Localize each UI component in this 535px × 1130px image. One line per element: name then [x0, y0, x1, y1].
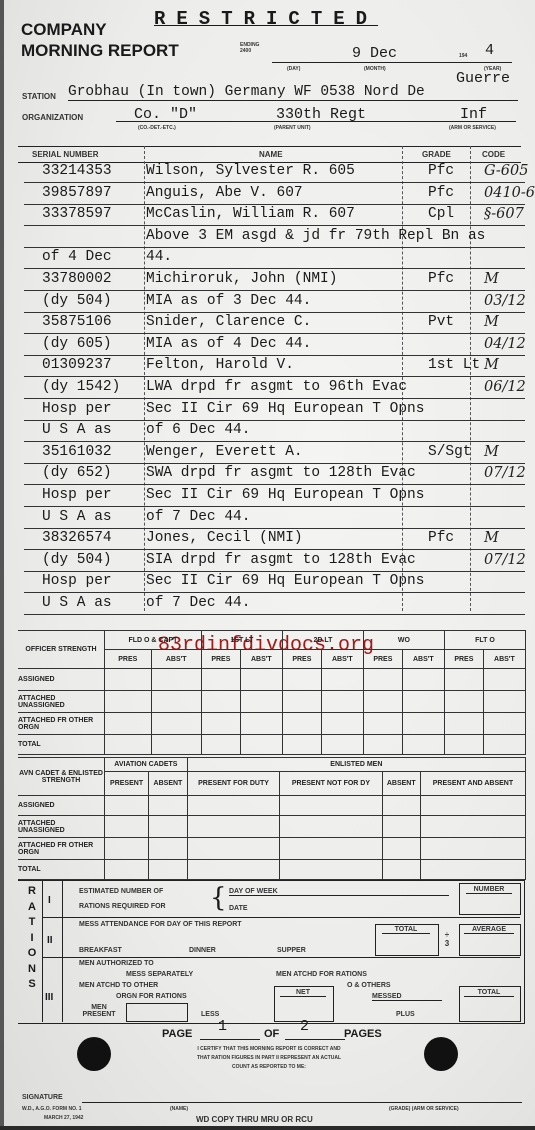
enlisted-count-cell[interactable] [105, 860, 149, 880]
rations-side-label: RATIONS [26, 884, 38, 993]
entry-row: Hosp perSec II Cir 69 Hq European T Opns [24, 401, 525, 421]
entry-code: 0410-607 [484, 185, 535, 201]
sub-abst: ABS'T [151, 650, 201, 669]
column-header-top-rule [18, 146, 521, 147]
day-label: (DAY) [287, 66, 300, 72]
officer-row-label: ASSIGNED [18, 669, 105, 691]
section-iii-number: III [45, 992, 53, 1003]
officer-count-cell[interactable] [201, 669, 240, 691]
date-field-label: DATE [229, 905, 248, 912]
officer-count-cell[interactable] [201, 713, 240, 735]
org-company: Co. "D" [134, 106, 197, 123]
day-of-week-field[interactable]: DAY OF WEEK [229, 888, 449, 896]
name-caption: (NAME) [170, 1106, 188, 1112]
entry-code: M [484, 444, 499, 460]
sub-pres: PRES [105, 650, 152, 669]
mess-separately-label: MESS SEPARATELY [126, 971, 193, 978]
group-1st-lt: 1ST LT [201, 631, 282, 650]
rations-letter: O [26, 946, 38, 962]
rations-letter: A [26, 900, 38, 916]
entry-grade: 1st Lt [428, 357, 480, 373]
entry-text: of 6 Dec 44. [146, 422, 250, 438]
sub-pres: PRES [363, 650, 402, 669]
entry-row: Hosp perSec II Cir 69 Hq European T Opns [24, 487, 525, 507]
enlisted-count-cell[interactable] [280, 796, 382, 816]
entry-grade: Pfc [428, 530, 454, 546]
form-title-line2: MORNING REPORT [21, 41, 179, 61]
entry-text: LWA drpd fr asgmt to 96th Evac [146, 379, 407, 395]
entry-row: (dy 652)SWA drpd fr asgmt to 128th Evac0… [24, 465, 525, 485]
entry-grade: Cpl [428, 206, 454, 222]
entry-serial: of 4 Dec [42, 249, 112, 265]
entry-text: Wenger, Everett A. [146, 444, 303, 460]
sub-pres: PRES [282, 650, 321, 669]
rations-letter: R [26, 884, 38, 900]
entry-code: 07/12 [484, 552, 526, 568]
sub-pres: PRES [201, 650, 240, 669]
dinner-label: DINNER [189, 947, 216, 954]
enlisted-count-cell[interactable] [280, 838, 382, 860]
group-flt-o: FLT O [444, 631, 525, 650]
entry-serial: 01309237 [42, 357, 112, 373]
entry-row: 33780002Michiroruk, John (NMI)PfcM [24, 271, 525, 291]
group-fld-o-capt: FLD O & CAPT [105, 631, 202, 650]
page-number: 1 [218, 1018, 227, 1035]
report-year: 4 [485, 42, 494, 59]
rations-letter: S [26, 977, 38, 993]
enlisted-count-cell[interactable] [280, 816, 382, 838]
enlisted-count-cell[interactable] [420, 816, 525, 838]
entry-row: U S A asof 6 Dec 44. [24, 422, 525, 442]
officer-row-label: ATTACHED FR OTHER ORGN [18, 713, 105, 735]
enlisted-count-cell[interactable] [187, 796, 280, 816]
page-number-line [200, 1030, 260, 1040]
officer-count-cell[interactable] [240, 713, 282, 735]
entry-code: M [484, 530, 499, 546]
group-enlisted-men: ENLISTED MEN [187, 758, 525, 772]
enlisted-count-cell[interactable] [280, 860, 382, 880]
entry-text: MIA as of 4 Dec 44. [146, 336, 311, 352]
enlisted-strength-table: AVN CADET & ENLISTED STRENGTH AVIATION C… [18, 757, 526, 880]
enlisted-count-cell[interactable] [420, 860, 525, 880]
station-value: Grobhau (In town) Germany WF 0538 Nord D… [68, 84, 518, 101]
officer-count-cell[interactable] [240, 669, 282, 691]
entry-code: 07/12 [484, 465, 526, 481]
officer-count-cell[interactable] [444, 691, 483, 713]
officer-count-cell[interactable] [321, 713, 363, 735]
entry-row: U S A asof 7 Dec 44. [24, 509, 525, 529]
officer-count-cell[interactable] [151, 713, 201, 735]
enlisted-subheader: ABSENT [149, 772, 188, 796]
entry-serial: 33378597 [42, 206, 112, 222]
entry-code: M [484, 314, 499, 330]
enlisted-subheader: ABSENT [382, 772, 420, 796]
entry-row: 38326574Jones, Cecil (NMI)PfcM [24, 530, 525, 550]
rations-divider-2 [42, 957, 520, 958]
entry-text: Anguis, Abe V. 607 [146, 185, 303, 201]
men-present-label: MEN PRESENT [79, 1004, 119, 1018]
enlisted-count-cell[interactable] [420, 796, 525, 816]
sub-abst: ABS'T [321, 650, 363, 669]
enlisted-subheader: PRESENT [105, 772, 149, 796]
entry-serial: Hosp per [42, 401, 112, 417]
page-total-line [285, 1030, 345, 1040]
group-wo: WO [363, 631, 444, 650]
enlisted-row-label: ASSIGNED [18, 796, 105, 816]
entry-serial: (dy 605) [42, 336, 112, 352]
entry-serial: Hosp per [42, 487, 112, 503]
enlisted-count-cell[interactable] [382, 838, 420, 860]
certification-line-3: COUNT AS REPORTED TO ME: [144, 1064, 394, 1070]
entry-row: U S A asof 7 Dec 44. [24, 595, 525, 615]
officer-count-cell[interactable] [321, 735, 363, 755]
entry-row: (dy 1542)LWA drpd fr asgmt to 96th Evac0… [24, 379, 525, 399]
enlisted-count-cell[interactable] [382, 816, 420, 838]
certification-line-2: THAT RATION FIGURES IN PART II REPRESENT… [144, 1055, 394, 1061]
officer-count-cell[interactable] [402, 713, 444, 735]
of-label: OF [264, 1028, 279, 1040]
officer-count-cell[interactable] [240, 691, 282, 713]
col-name: NAME [259, 150, 283, 159]
entry-text: Jones, Cecil (NMI) [146, 530, 303, 546]
officer-count-cell[interactable] [444, 713, 483, 735]
officer-count-cell[interactable] [321, 669, 363, 691]
entry-serial: (dy 504) [42, 552, 112, 568]
entry-text: 44. [146, 249, 172, 265]
breakfast-label: BREAKFAST [79, 947, 122, 954]
entry-row: (dy 504)SIA drpd fr asgmt to 128th Evac0… [24, 552, 525, 572]
entry-grade: Pfc [428, 271, 454, 287]
net-label: NET [280, 989, 326, 997]
org-sub-company: (CO.-DET.-ETC.) [138, 125, 176, 131]
station-label: STATION [22, 92, 56, 101]
entry-code: M [484, 357, 499, 373]
enlisted-count-cell[interactable] [105, 796, 149, 816]
col-serial-number: SERIAL NUMBER [32, 150, 99, 159]
total-label: TOTAL [382, 926, 430, 934]
entry-row: 35161032Wenger, Everett A.S/SgtM [24, 444, 525, 464]
entry-text: Felton, Harold V. [146, 357, 294, 373]
entry-grade: Pvt [428, 314, 454, 330]
signature-label: SIGNATURE [22, 1094, 63, 1101]
men-authorized-label: MEN AUTHORIZED TO [79, 960, 154, 967]
officer-row-label: TOTAL [18, 735, 105, 755]
entry-text: Wilson, Sylvester R. 605 [146, 163, 355, 179]
group-aviation-cadets: AVIATION CADETS [105, 758, 188, 772]
entry-row: 33214353Wilson, Sylvester R. 605PfcG-605 [24, 163, 525, 183]
entry-code: 03/12 [484, 293, 526, 309]
officer-count-cell[interactable] [201, 735, 240, 755]
officer-count-cell[interactable] [105, 669, 152, 691]
brace-glyph: { [210, 885, 227, 911]
officer-count-cell[interactable] [483, 713, 525, 735]
classification-stamp: RESTRICTED [154, 8, 378, 30]
entry-row: 33378597McCaslin, William R. 607Cpl§-607 [24, 206, 525, 226]
entry-row: of 4 Dec44. [24, 249, 525, 269]
form-number: W.D., A.G.O. FORM NO. 1 [22, 1106, 82, 1112]
entry-text: Michiroruk, John (NMI) [146, 271, 337, 287]
enlisted-count-cell[interactable] [149, 838, 188, 860]
average-label: AVERAGE [464, 926, 514, 934]
officer-count-cell[interactable] [483, 691, 525, 713]
entry-text: Sec II Cir 69 Hq European T Opns [146, 573, 424, 589]
sub-pres: PRES [444, 650, 483, 669]
certification-line-1: I CERTIFY THAT THIS MORNING REPORT IS CO… [144, 1046, 394, 1052]
o-others-label: O & OTHERS [347, 982, 391, 989]
officer-count-cell[interactable] [483, 735, 525, 755]
enlisted-subheader: PRESENT NOT FOR DY [280, 772, 382, 796]
ending-label: ENDING 2400 [240, 42, 270, 54]
enlisted-subheader: PRESENT FOR DUTY [187, 772, 280, 796]
org-sub-parent: (PARENT UNIT) [274, 125, 311, 131]
enlisted-row-label: TOTAL [18, 860, 105, 880]
entry-grade: Pfc [428, 163, 454, 179]
enlisted-subheader: PRESENT AND ABSENT [420, 772, 525, 796]
entry-row: Above 3 EM asgd & jd fr 79th Repl Bn as [24, 228, 525, 248]
entry-serial: 38326574 [42, 530, 112, 546]
copy-routing-note: WD COPY THRU MRU OR RCU [196, 1115, 313, 1124]
officer-count-cell[interactable] [363, 735, 402, 755]
entry-code: §-607 [484, 206, 524, 222]
officer-count-cell[interactable] [363, 691, 402, 713]
rations-divider-1 [42, 917, 520, 918]
total-iii-label: TOTAL [464, 989, 514, 997]
divide-by-three: ÷ 3 [442, 930, 452, 948]
page-label: PAGE [162, 1028, 192, 1040]
officer-count-cell[interactable] [105, 691, 152, 713]
rations-letter: N [26, 962, 38, 978]
org-arm: Inf [460, 106, 487, 123]
entry-serial: 35875106 [42, 314, 112, 330]
entry-row: 35875106Snider, Clarence C.PvtM [24, 314, 525, 334]
officer-strength-title: OFFICER STRENGTH [18, 631, 105, 669]
morning-report-document: RESTRICTED COMPANY MORNING REPORT ENDING… [0, 0, 535, 1126]
entry-row: Hosp perSec II Cir 69 Hq European T Opns [24, 573, 525, 593]
officer-strength-table: OFFICER STRENGTH FLD O & CAPT 1ST LT 2D … [18, 630, 526, 755]
enlisted-count-cell[interactable] [149, 796, 188, 816]
enlisted-count-cell[interactable] [187, 816, 280, 838]
entry-text: McCaslin, William R. 607 [146, 206, 355, 222]
entry-serial: U S A as [42, 422, 112, 438]
entry-text: MIA as of 3 Dec 44. [146, 293, 311, 309]
orgn-for-rations-label: ORGN FOR RATIONS [116, 993, 187, 1000]
entry-text: Snider, Clarence C. [146, 314, 311, 330]
month-label: (MONTH) [364, 66, 386, 72]
rations-letter: T [26, 915, 38, 931]
grade-caption: (GRADE) (ARM OR SERVICE) [389, 1106, 459, 1112]
signature-line[interactable] [82, 1094, 522, 1103]
supper-label: SUPPER [277, 947, 306, 954]
officer-count-cell[interactable] [282, 713, 321, 735]
enlisted-strength-title: AVN CADET & ENLISTED STRENGTH [18, 758, 105, 796]
messed-label: MESSED [372, 993, 442, 1001]
sub-abst: ABS'T [483, 650, 525, 669]
officer-count-cell[interactable] [282, 669, 321, 691]
officer-count-cell[interactable] [282, 691, 321, 713]
plus-label: PLUS [396, 1011, 415, 1018]
entry-serial: (dy 504) [42, 293, 112, 309]
enlisted-count-cell[interactable] [105, 838, 149, 860]
enlisted-count-cell[interactable] [382, 860, 420, 880]
officer-count-cell[interactable] [282, 735, 321, 755]
entry-row: (dy 605)MIA as of 4 Dec 44.04/12 [24, 336, 525, 356]
org-sub-arm: (ARM OR SERVICE) [449, 125, 496, 131]
binder-hole-right [424, 1037, 458, 1071]
entry-row: 39857897Anguis, Abe V. 607Pfc0410-607 [24, 185, 525, 205]
enlisted-count-cell[interactable] [382, 796, 420, 816]
entry-serial: U S A as [42, 595, 112, 611]
officer-count-cell[interactable] [402, 691, 444, 713]
enlisted-count-cell[interactable] [187, 838, 280, 860]
section-i-number: I [48, 895, 51, 906]
entry-text: Sec II Cir 69 Hq European T Opns [146, 487, 424, 503]
pages-label: PAGES [344, 1028, 382, 1040]
enlisted-row-label: ATTACHED UNASSIGNED [18, 816, 105, 838]
sub-abst: ABS'T [240, 650, 282, 669]
entry-code: M [484, 271, 499, 287]
entry-serial: 39857897 [42, 185, 112, 201]
rations-letter: I [26, 931, 38, 947]
entry-row: (dy 504)MIA as of 3 Dec 44.03/12 [24, 293, 525, 313]
enlisted-count-cell[interactable] [420, 838, 525, 860]
estimated-rations-label-2: RATIONS REQUIRED FOR [79, 903, 166, 910]
number-label: NUMBER [466, 886, 512, 894]
officer-count-cell[interactable] [240, 735, 282, 755]
section-ii-number: II [47, 935, 53, 946]
sub-abst: ABS'T [402, 650, 444, 669]
officer-count-cell[interactable] [201, 691, 240, 713]
binder-hole-left [77, 1037, 111, 1071]
entry-code: 04/12 [484, 336, 526, 352]
enlisted-count-cell[interactable] [105, 816, 149, 838]
officer-count-cell[interactable] [444, 669, 483, 691]
entry-serial: (dy 1542) [42, 379, 120, 395]
enlisted-count-cell[interactable] [187, 860, 280, 880]
entry-row: 01309237Felton, Harold V.1st LtM [24, 357, 525, 377]
officer-row-label: ATTACHED UNASSIGNED [18, 691, 105, 713]
org-regiment: 330th Regt [276, 106, 366, 123]
year-prefix: 194 [459, 53, 467, 59]
entry-text: SWA drpd fr asgmt to 128th Evac [146, 465, 416, 481]
estimated-rations-label-1: ESTIMATED NUMBER OF [79, 888, 163, 895]
officer-count-cell[interactable] [402, 669, 444, 691]
less-label: LESS [201, 1011, 219, 1018]
entry-serial: 33780002 [42, 271, 112, 287]
men-atchd-other-label: MEN ATCHD TO OTHER [79, 982, 158, 989]
officer-count-cell[interactable] [321, 691, 363, 713]
enlisted-count-cell[interactable] [149, 860, 188, 880]
officer-count-cell[interactable] [151, 669, 201, 691]
page-total: 2 [300, 1018, 309, 1035]
entry-serial: 33214353 [42, 163, 112, 179]
group-2d-lt: 2D LT [282, 631, 363, 650]
officer-count-cell[interactable] [363, 713, 402, 735]
officer-count-cell[interactable] [105, 735, 152, 755]
entry-text: of 7 Dec 44. [146, 595, 250, 611]
officer-count-cell[interactable] [105, 713, 152, 735]
mess-attendance-label: MESS ATTENDANCE FOR DAY OF THIS REPORT [79, 921, 242, 928]
col-code: CODE [482, 150, 505, 159]
officer-count-cell[interactable] [151, 691, 201, 713]
entry-serial: 35161032 [42, 444, 112, 460]
entry-grade: Pfc [428, 185, 454, 201]
officer-count-cell[interactable] [444, 735, 483, 755]
entry-code: G-605 [484, 163, 528, 179]
enlisted-row-label: ATTACHED FR OTHER ORGN [18, 838, 105, 860]
entry-serial: (dy 652) [42, 465, 112, 481]
enlisted-count-cell[interactable] [149, 816, 188, 838]
col-grade: GRADE [422, 150, 451, 159]
organization-label: ORGANIZATION [22, 113, 83, 122]
men-present-box[interactable] [126, 1003, 188, 1022]
entry-grade: S/Sgt [428, 444, 472, 460]
form-date: MARCH 27, 1942 [44, 1115, 83, 1121]
entry-text: SIA drpd fr asgmt to 128th Evac [146, 552, 416, 568]
officer-count-cell[interactable] [151, 735, 201, 755]
entry-text: Above 3 EM asgd & jd fr 79th Repl Bn as [146, 228, 485, 244]
officer-count-cell[interactable] [363, 669, 402, 691]
entry-code: 06/12 [484, 379, 526, 395]
entry-serial: U S A as [42, 509, 112, 525]
form-title-line1: COMPANY [21, 20, 107, 40]
entry-text: of 7 Dec 44. [146, 509, 250, 525]
officer-count-cell[interactable] [402, 735, 444, 755]
entry-serial: Hosp per [42, 573, 112, 589]
report-date: 9 Dec [352, 45, 397, 62]
entry-text: Sec II Cir 69 Hq European T Opns [146, 401, 424, 417]
men-atchd-rations-label: MEN ATCHD FOR RATIONS [276, 971, 367, 978]
officer-count-cell[interactable] [483, 669, 525, 691]
